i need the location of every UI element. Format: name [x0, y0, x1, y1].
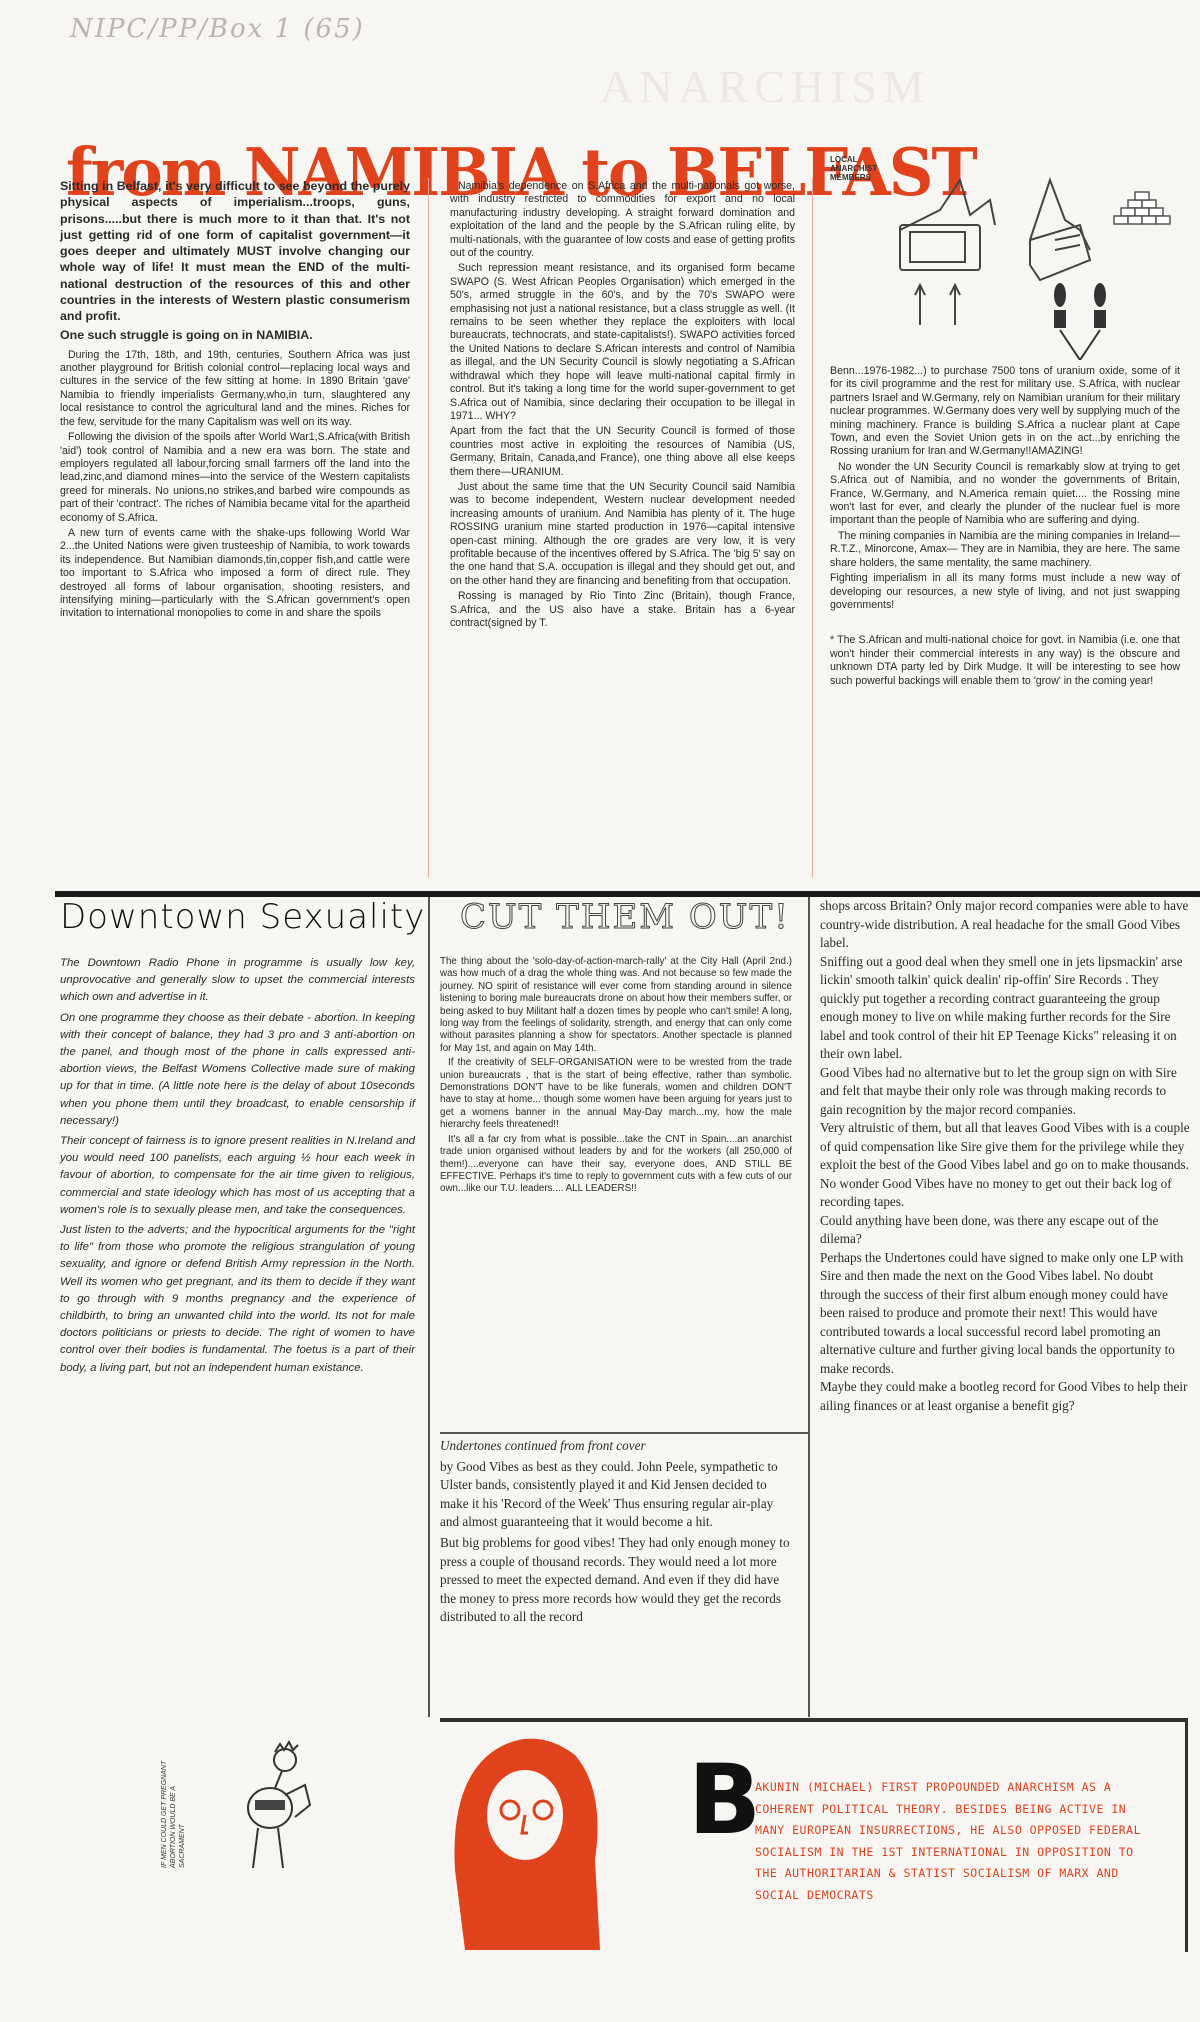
archive-reference: NIPC/PP/Box 1 (65)	[70, 14, 365, 44]
section-divider	[440, 1432, 810, 1434]
continued-note: Undertones continued from front cover	[440, 1437, 795, 1456]
namibia-paragraph: A new turn of events came with the shake…	[60, 527, 410, 621]
undertones-paragraph: by Good Vibes as best as they could. Joh…	[440, 1458, 795, 1532]
cto-paragraph: If the creativity of SELF-ORGANISATION w…	[440, 1057, 792, 1131]
undertones-paragraph: Sniffing out a good deal when they smell…	[820, 953, 1190, 1064]
namibia-paragraph: Such repression meant resistance, and it…	[450, 262, 795, 423]
column-divider	[808, 897, 810, 1717]
undertones-paragraph: Good Vibes had no alternative but to let…	[820, 1064, 1190, 1120]
bakunin-text: akunin (Michael) first propounded anarch…	[755, 1777, 1155, 1906]
namibia-paragraph: During the 17th, 18th, and 19th, centuri…	[60, 349, 410, 429]
namibia-lead: Sitting in Belfast, it's very difficult …	[60, 178, 410, 325]
bakunin-initial: B	[688, 1755, 761, 1845]
namibia-paragraph: Fighting imperialism in all its many for…	[830, 572, 1180, 612]
namibia-column-3: Benn...1976-1982...) to purchase 7500 to…	[830, 365, 1180, 690]
column-divider	[428, 178, 429, 878]
downtown-paragraph: Their concept of fairness is to ignore p…	[60, 1133, 415, 1219]
undertones-paragraph: Very altruistic of them, but all that le…	[820, 1119, 1190, 1212]
undertones-paragraph: But big problems for good vibes! They ha…	[440, 1534, 795, 1627]
cut-them-out-article: The thing about the 'solo-day-of-action-…	[440, 956, 792, 1198]
cut-them-out-title: CUT THEM OUT!	[460, 898, 790, 936]
namibia-paragraph: Apart from the fact that the UN Security…	[450, 425, 795, 479]
undertones-paragraph: Maybe they could make a bootleg record f…	[820, 1378, 1190, 1415]
namibia-paragraph: Rossing is managed by Rio Tinto Zinc (Br…	[450, 590, 795, 630]
namibia-paragraph: Just about the same time that the UN Sec…	[450, 481, 795, 588]
namibia-lead-end: One such struggle is going on in NAMIBIA…	[60, 327, 410, 343]
downtown-paragraph: The Downtown Radio Phone in programme is…	[60, 955, 415, 1007]
undertones-paragraph: shops arcoss Britain? Only major record …	[820, 897, 1190, 953]
column-divider	[428, 897, 430, 1717]
namibia-paragraph: Benn...1976-1982...) to purchase 7500 to…	[830, 365, 1180, 459]
undertones-paragraph: Perhaps the Undertones could have signed…	[820, 1249, 1190, 1379]
cto-paragraph: It's all a far cry from what is possible…	[440, 1134, 792, 1196]
radio-tv-illustration	[880, 170, 1190, 360]
namibia-column-1: Sitting in Belfast, it's very difficult …	[60, 178, 410, 623]
cartoon-woman-illustration	[160, 1740, 330, 1880]
downtown-sexuality-title: Downtown Sexuality	[60, 898, 425, 936]
namibia-paragraph: Following the division of the spoils aft…	[60, 431, 410, 525]
show-through-text: ANARCHISM	[600, 60, 930, 113]
namibia-paragraph: Namibia's dependence on S.Africa and the…	[450, 180, 795, 260]
column-divider	[812, 178, 813, 878]
downtown-article: The Downtown Radio Phone in programme is…	[60, 955, 415, 1380]
bakunin-portrait	[445, 1720, 605, 1950]
cto-paragraph: The thing about the 'solo-day-of-action-…	[440, 956, 792, 1055]
namibia-footnote: * The S.African and multi-national choic…	[830, 634, 1180, 688]
downtown-paragraph: Just listen to the adverts; and the hypo…	[60, 1222, 415, 1377]
namibia-paragraph: The mining companies in Namibia are the …	[830, 530, 1180, 570]
downtown-paragraph: On one programme they choose as their de…	[60, 1010, 415, 1130]
namibia-paragraph: No wonder the UN Security Council is rem…	[830, 461, 1180, 528]
undertones-continued: Undertones continued from front cover by…	[440, 1437, 795, 1629]
namibia-column-2: Namibia's dependence on S.Africa and the…	[450, 180, 795, 632]
undertones-paragraph: Could anything have been done, was there…	[820, 1212, 1190, 1249]
undertones-right-column: shops arcoss Britain? Only major record …	[820, 897, 1190, 1415]
